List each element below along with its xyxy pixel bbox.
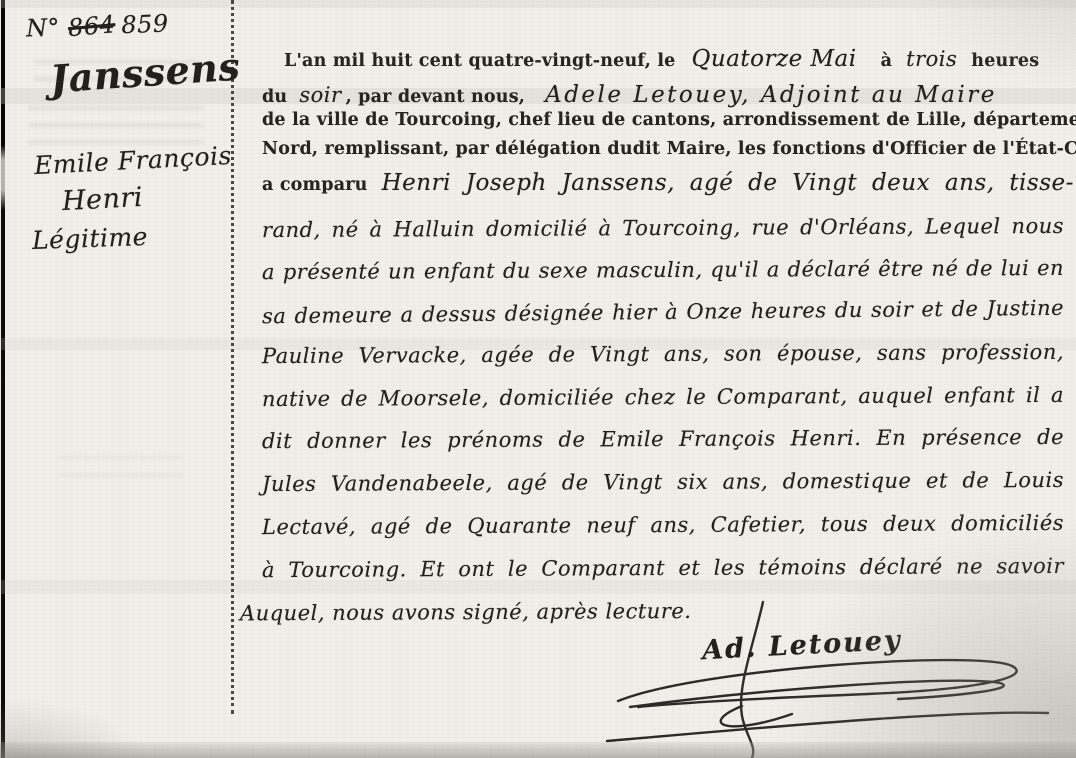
officer-signature: Ad. Letouey (701, 625, 902, 666)
act-line-1: L'an mil huit cent quatre-vingt-neuf, le… (262, 46, 1064, 72)
scan-band (0, 742, 1076, 758)
margin-legitimacy-note: Légitime (32, 222, 149, 255)
act-line-7: a présenté un enfant du sexe masculin, q… (262, 256, 1064, 284)
handwritten-closing: Auquel, nous avons signé, après lecture. (240, 599, 692, 625)
margin-forename-henri: Henri (61, 182, 143, 217)
act-line-9: Pauline Vervacke, agée de Vingt ans, son… (262, 340, 1064, 368)
act-line-15: Auquel, nous avons signé, après lecture. (240, 599, 760, 626)
handwritten-witness-2: Lectavé, agé de Quarante neuf ans, Cafet… (262, 511, 1064, 539)
printed-city-line: de la ville de Tourcoing, chef lieu de c… (262, 110, 1076, 130)
handwritten-text: a présenté un enfant du sexe masculin, q… (262, 256, 1064, 284)
act-number-corrected: 859 (121, 10, 169, 40)
handwritten-date: Quatorze Mai (692, 46, 857, 72)
handwritten-text: native de Moorsele, domiciliée chez le C… (262, 383, 1064, 411)
printed-heures: heures (971, 51, 1039, 71)
act-line-4: Nord, remplissant, par délégation dudit … (262, 139, 1064, 159)
act-number-line: N°864859 (26, 10, 170, 43)
act-line-12: Jules Vandenabeele, agé de Vingt six ans… (262, 468, 1064, 496)
act-line-8: sa demeure a dessus désignée hier à Onze… (262, 296, 1064, 328)
margin-dotted-rule (231, 0, 234, 714)
act-line-11: dit donner les prénoms de Emile François… (262, 425, 1064, 453)
printed-a-comparu: a comparu (262, 175, 368, 195)
bleedthrough-ghost (58, 450, 183, 480)
handwritten-officer-name: Adele Letouey, Adjoint au Maire (545, 82, 997, 108)
handwritten-text: à Tourcoing. Et ont le Comparant et les … (262, 554, 1064, 582)
act-line-6: rand, né à Halluin domicilié à Tourcoing… (262, 214, 1064, 242)
margin-surname: Janssens (49, 43, 242, 101)
act-number-crossed-out: 864 (67, 10, 117, 42)
printed-officer-line: Nord, remplissant, par délégation dudit … (262, 139, 1076, 159)
scan-edge-line (1, 0, 5, 758)
handwritten-child-names: dit donner les prénoms de Emile François… (262, 425, 1064, 453)
act-line-14: à Tourcoing. Et ont le Comparant et les … (262, 554, 1064, 582)
handwritten-mother-name: Pauline Vervacke, agée de Vingt ans, son… (262, 340, 1064, 368)
scanned-birth-act-page: N°864859 Janssens Emile François Henri L… (0, 0, 1076, 758)
printed-par-devant-nous: , par devant nous, (346, 87, 526, 107)
act-line-5: a comparu Henri Joseph Janssens, agé de … (262, 170, 1064, 196)
handwritten-witness-1: Jules Vandenabeele, agé de Vingt six ans… (262, 468, 1064, 496)
scan-band (0, 580, 1076, 594)
handwritten-text: sa demeure a dessus désignée hier à Onze… (262, 296, 1064, 328)
printed-a: à (881, 51, 893, 71)
act-line-13: Lectavé, agé de Quarante neuf ans, Cafet… (262, 511, 1064, 539)
handwritten-hour: trois (906, 47, 957, 71)
act-line-10: native de Moorsele, domiciliée chez le C… (262, 383, 1064, 411)
printed-du: du (262, 87, 287, 107)
act-line-3: de la ville de Tourcoing, chef lieu de c… (262, 110, 1064, 130)
handwritten-declarant: Henri Joseph Janssens, agé de Vingt deux… (382, 170, 1074, 196)
act-line-2: du soir , par devant nous, Adele Letouey… (262, 82, 1064, 108)
bleedthrough-ghost (28, 100, 203, 146)
act-number-label: N° (26, 13, 61, 42)
printed-year-formula: L'an mil huit cent quatre-vingt-neuf, le (284, 51, 676, 71)
handwritten-soir: soir (299, 83, 341, 107)
scan-band (0, 0, 1076, 8)
margin-forenames: Emile François (33, 141, 232, 180)
handwritten-text: rand, né à Halluin domicilié à Tourcoing… (262, 214, 1064, 242)
